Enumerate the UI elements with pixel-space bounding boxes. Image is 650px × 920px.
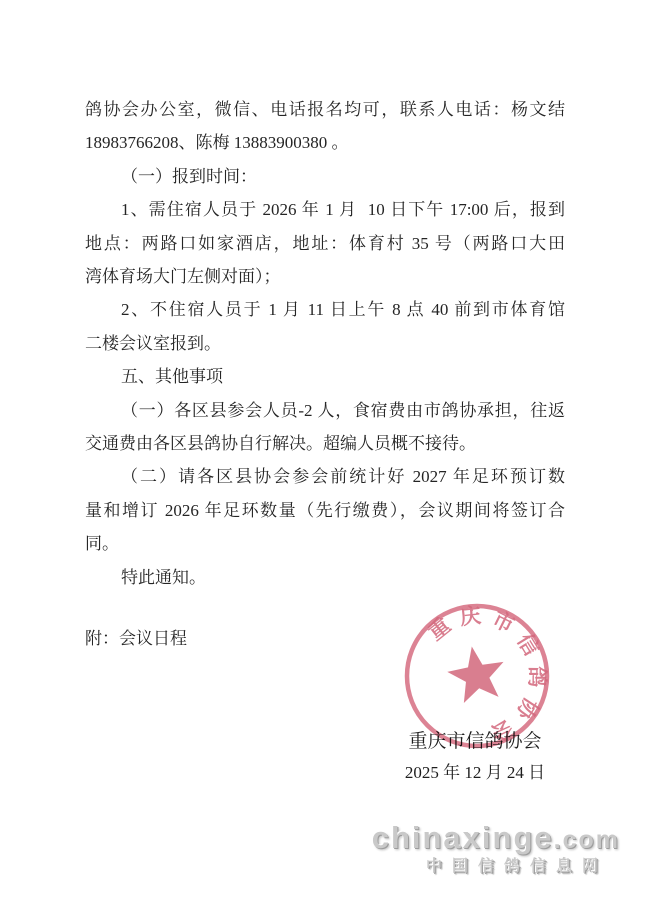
text-line: 五、其他事项 (85, 360, 565, 393)
text-line: （一）报到时间： (85, 160, 565, 193)
text-line: 二楼会议室报到。 (85, 327, 565, 360)
text-line: （二）请各区县协会参会前统计好 2027 年足环预订数 (85, 460, 565, 493)
text-line: 地点：两路口如家酒店，地址：体育村 35 号（两路口大田 (85, 227, 565, 260)
watermark-domain-main: chinaxinge (372, 820, 554, 855)
official-seal: 重庆市信鸽协会 (398, 597, 556, 755)
watermark-site-name: 中国信鸽信息网 (426, 853, 608, 876)
text-line: 2、不住宿人员于 1 月 11 日上午 8 点 40 前到市体育馆 (85, 293, 565, 326)
watermark-domain: chinaxinge.com (372, 820, 620, 856)
notice-body-text: 鸽协会办公室，微信、电话报名均可，联系人电话：杨文结 18983766208、陈… (85, 93, 565, 656)
text-line: 特此通知。 (85, 561, 565, 594)
signature-date: 2025 年 12 月 24 日 (390, 757, 560, 788)
text-line: 湾体育场大门左侧对面）； (85, 260, 565, 293)
text-line: 鸽协会办公室，微信、电话报名均可，联系人电话：杨文结 (85, 93, 565, 126)
watermark-domain-tld: .com (554, 826, 620, 854)
text-line: 1、需住宿人员于 2026 年 1 月 10 日下午 17:00 后，报到 (85, 193, 565, 226)
scanned-notice-page: { "doc": { "lines": [ "鸽协会办公室，微信、电话报名均可，… (0, 0, 650, 920)
text-line: 18983766208、陈梅 13883900380 。 (85, 126, 565, 159)
text-line: 量和增订 2026 年足环数量（先行缴费），会议期间将签订合 (85, 494, 565, 527)
text-line: 交通费由各区县鸽协自行解决。超编人员概不接待。 (85, 427, 565, 460)
text-line: （一）各区县参会人员-2 人，食宿费由市鸽协承担，往返 (85, 394, 565, 427)
text-line: 同。 (85, 527, 565, 560)
seal-star-icon (444, 642, 510, 705)
